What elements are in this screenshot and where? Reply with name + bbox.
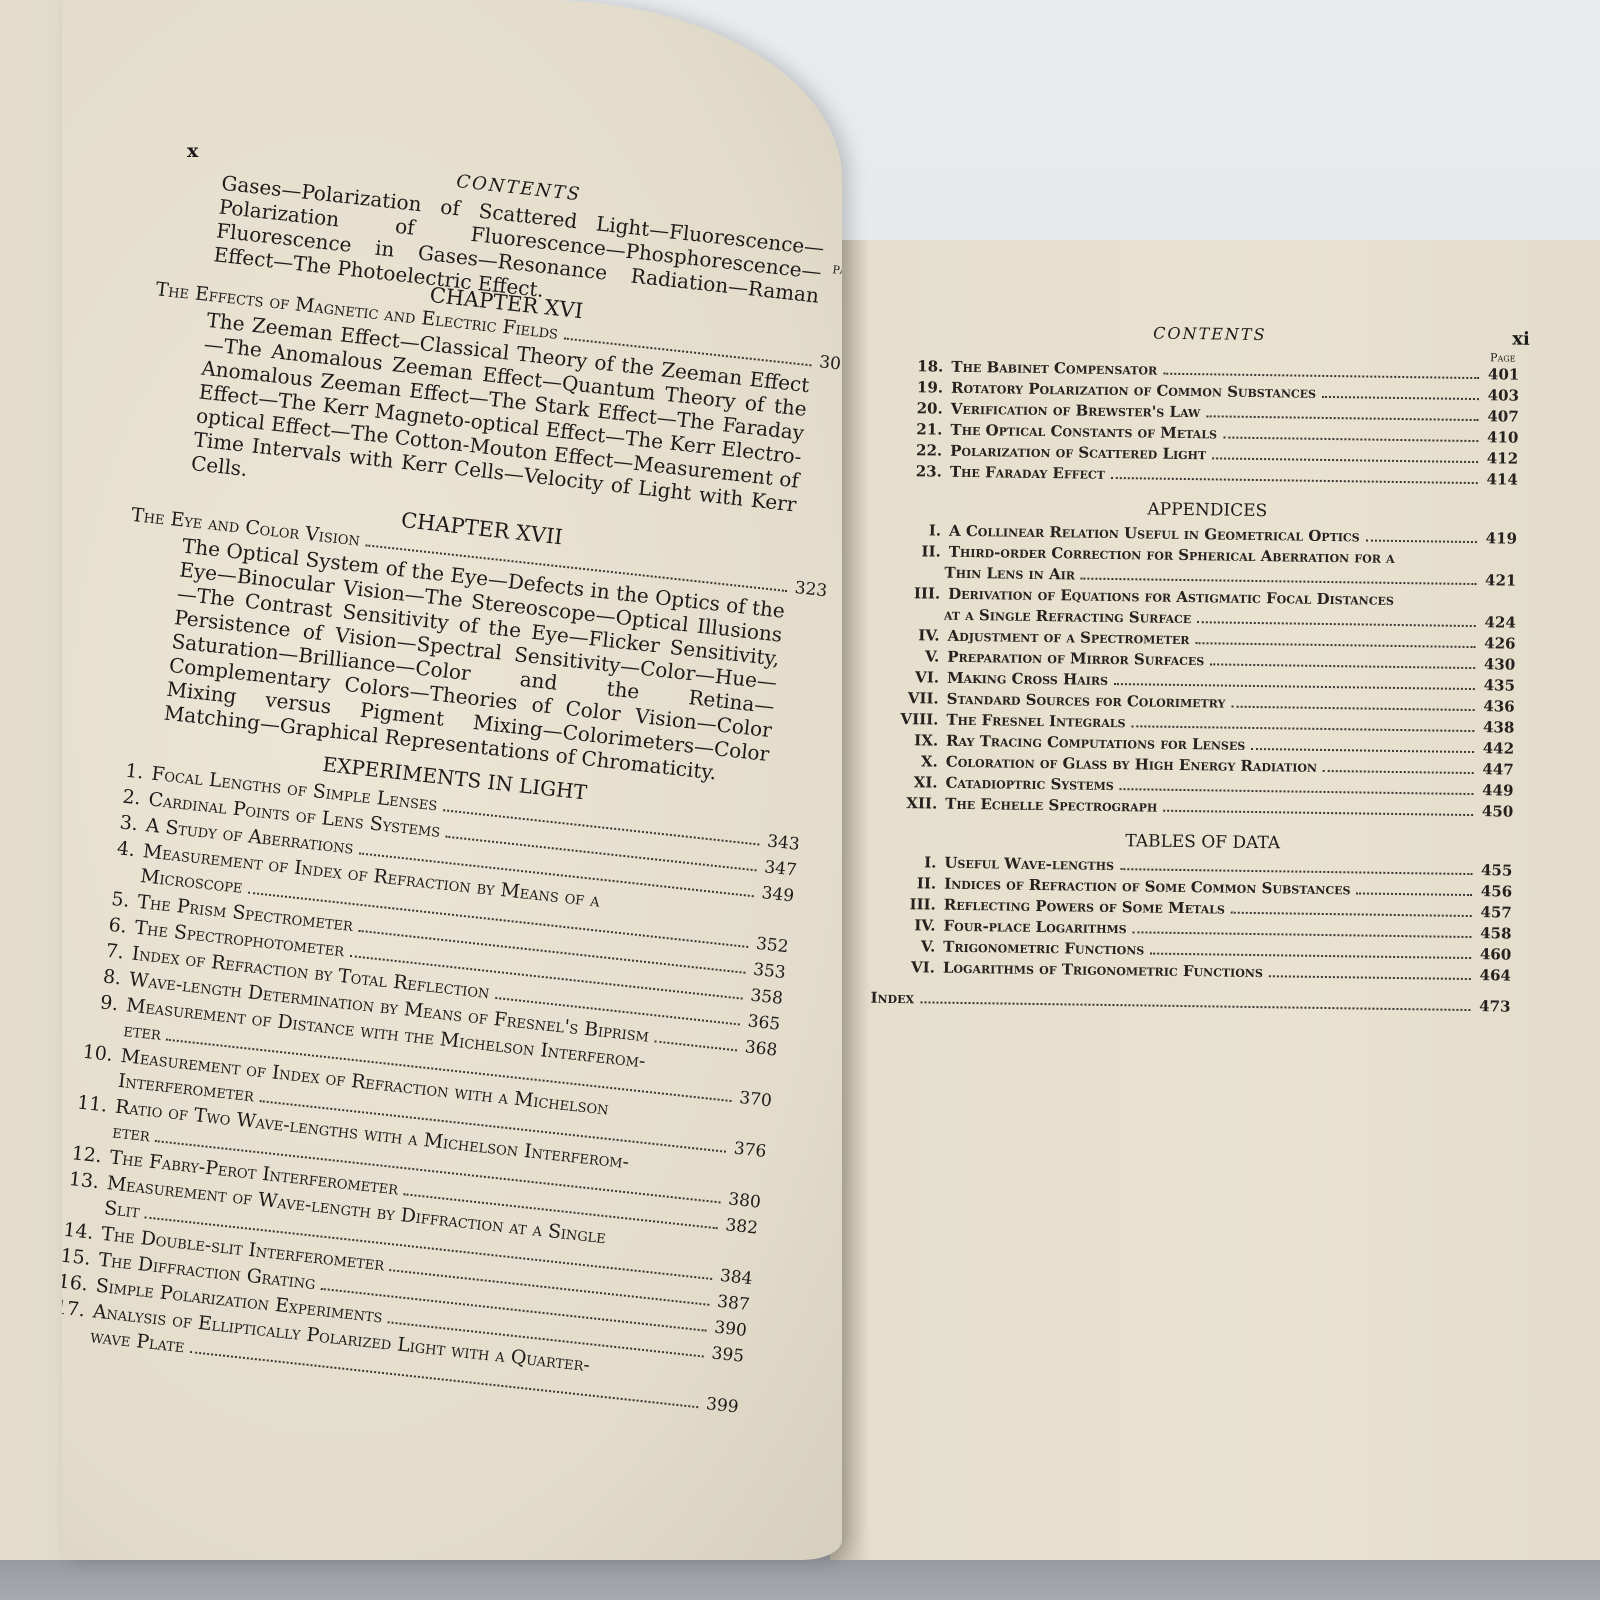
tables-list: I.Useful Wave-lengths455 II.Indices of R… bbox=[891, 852, 1513, 987]
toc-entry-index[interactable]: Index473 bbox=[870, 988, 1510, 1018]
page-number: xi bbox=[1512, 329, 1530, 350]
left-page: x CONTENTS Gases—Polarization of Scatter… bbox=[62, 0, 842, 1560]
appendices-list: I.A Collinear Relation Useful in Geometr… bbox=[893, 520, 1517, 823]
right-page: xi CONTENTS Page 18.The Babinet Compensa… bbox=[830, 240, 1600, 1560]
experiments-list: 1.Focal Lengths of Simple Lenses343 2.Ca… bbox=[62, 756, 801, 1420]
experiments-list-continued: 18.The Babinet Compensator401 19.Rotator… bbox=[898, 356, 1520, 491]
right-page-content: xi CONTENTS Page 18.The Babinet Compensa… bbox=[890, 320, 1520, 1018]
left-page-content: CONTENTS Gases—Polarization of Scattered… bbox=[62, 140, 842, 1421]
